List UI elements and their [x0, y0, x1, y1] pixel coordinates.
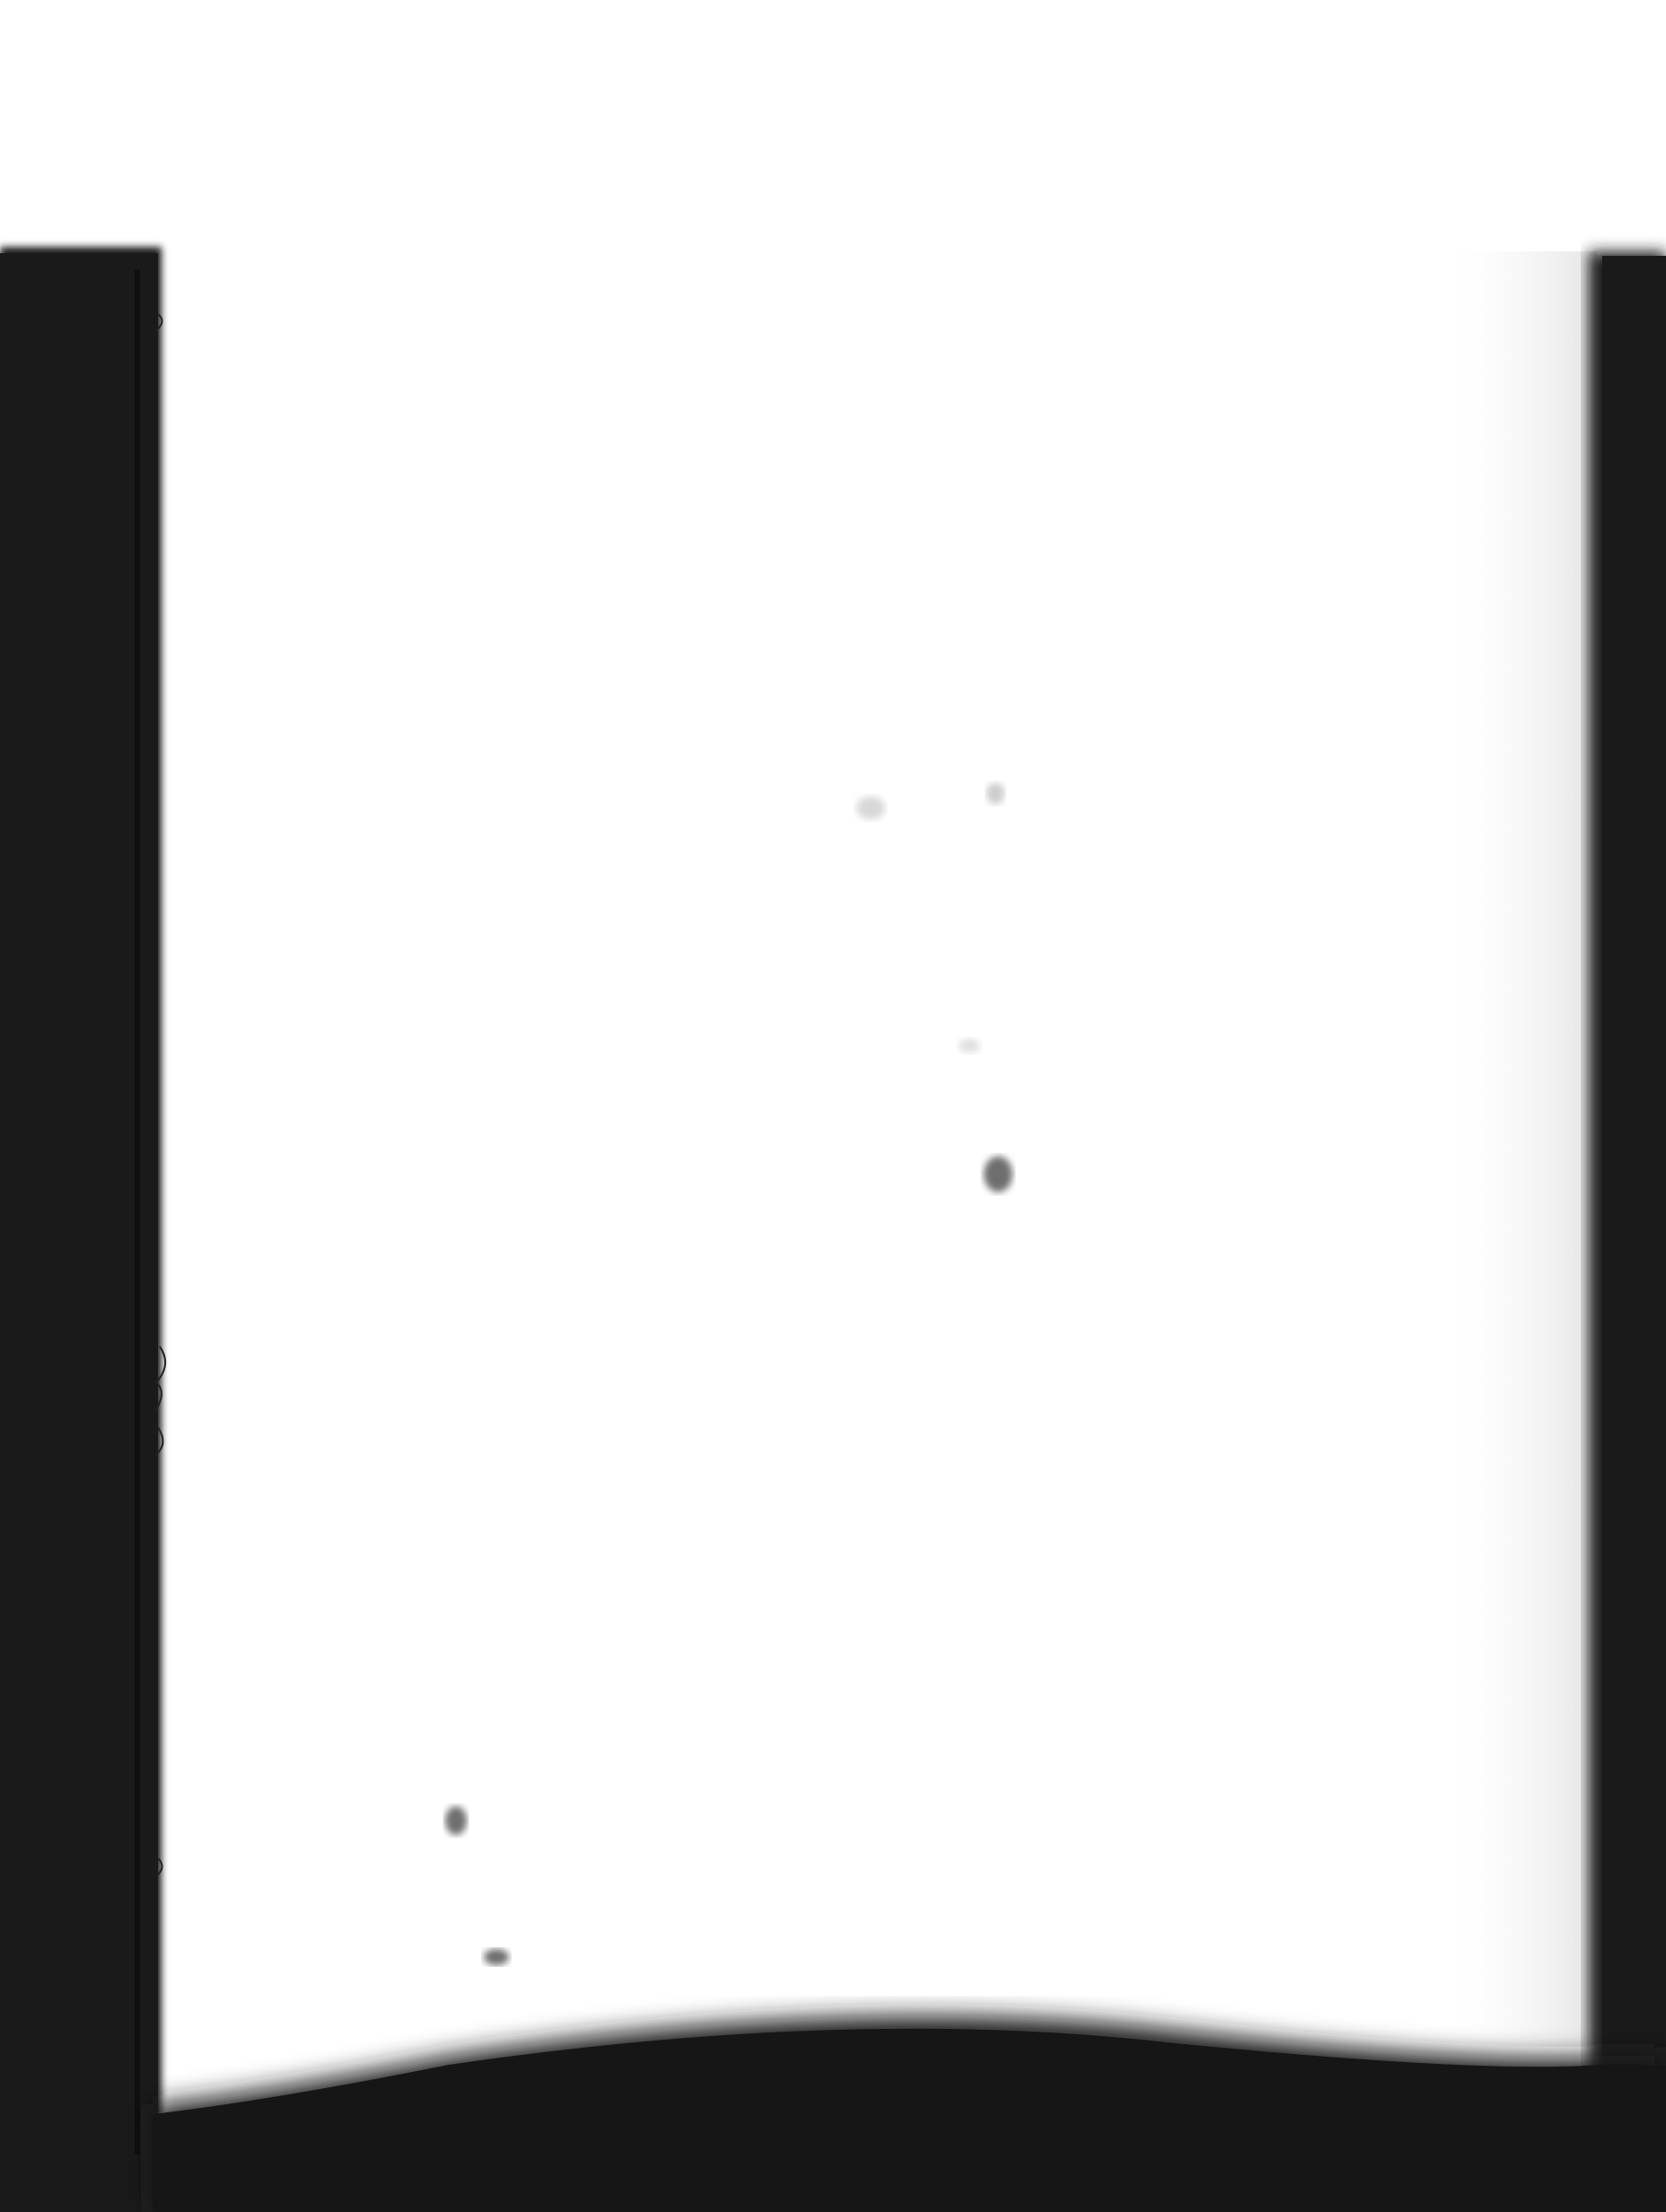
right-film-border [1589, 251, 1666, 2212]
film-frame-graphic [0, 0, 1666, 2212]
left-film-border [0, 247, 165, 2212]
edge-haze [1436, 251, 1598, 2047]
film-frame [0, 0, 1666, 2212]
